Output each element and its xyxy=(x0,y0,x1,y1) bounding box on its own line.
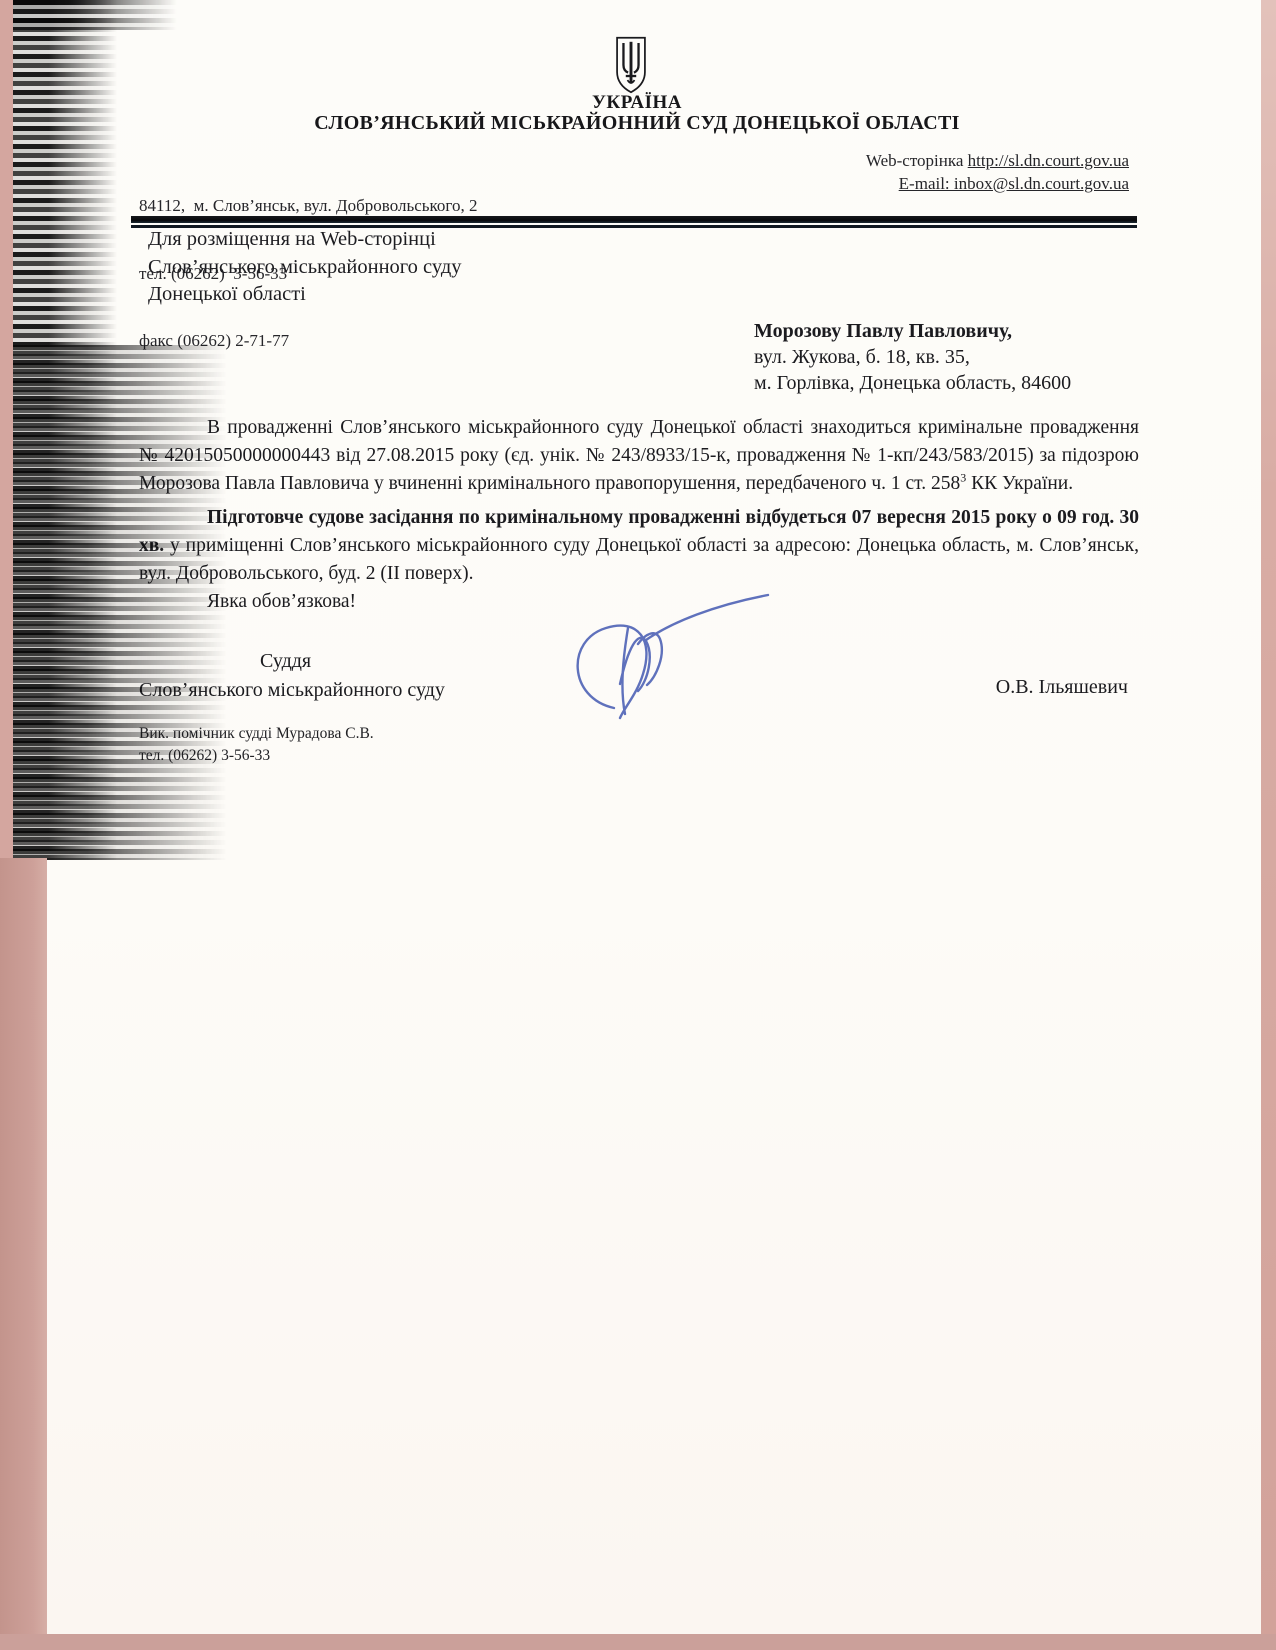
note-line: Для розміщення на Web-сторінці xyxy=(148,226,462,254)
case-paragraph-tail: КК України. xyxy=(966,473,1073,494)
scanner-bg-left-top xyxy=(0,0,13,860)
court-title: СЛОВ’ЯНСЬКИЙ МІСЬКРАЙОННИЙ СУД ДОНЕЦЬКОЇ… xyxy=(12,112,1262,135)
divider-bar-thick xyxy=(131,216,1137,223)
judge-name: О.В. Ільяшевич xyxy=(996,676,1128,699)
scanned-court-letter: УКРАЇНА СЛОВ’ЯНСЬКИЙ МІСЬКРАЙОННИЙ СУД Д… xyxy=(0,0,1276,1650)
hearing-location: у приміщенні Слов’янського міськрайонног… xyxy=(139,535,1139,584)
ukraine-trident-emblem-icon xyxy=(613,36,649,94)
web-label: Web-сторінка xyxy=(866,151,968,170)
court-web-block: Web-сторінка http://sl.dn.court.gov.ua E… xyxy=(866,150,1129,195)
judge-role-line2: Слов’янського міськрайонного суду xyxy=(139,679,445,702)
handwritten-signature-icon xyxy=(550,588,782,730)
country-title: УКРАЇНА xyxy=(12,92,1262,114)
note-line: Слов’янського міськрайонного суду xyxy=(148,254,462,282)
email-line: E-mail: inbox@sl.dn.court.gov.ua xyxy=(866,173,1129,196)
web-url-link: http://sl.dn.court.gov.ua xyxy=(968,151,1129,170)
recipient-street: вул. Жукова, б. 18, кв. 35, xyxy=(754,344,1071,370)
court-address: 84112, м. Слов’янськ, вул. Добровольсько… xyxy=(139,195,477,218)
recipient-city: м. Горлівка, Донецька область, 84600 xyxy=(754,370,1071,396)
scanner-bg-bottom xyxy=(0,1634,1276,1650)
hearing-paragraph: Підготовче судове засідання по криміналь… xyxy=(139,504,1139,588)
executor-line: Вик. помічник судді Мурадова С.В. xyxy=(139,723,374,745)
scanner-bg-left-bottom xyxy=(0,858,47,1650)
recipient-block: Морозову Павлу Павловичу, вул. Жукова, б… xyxy=(754,318,1071,396)
web-posting-note: Для розміщення на Web-сторінці Слов’янсь… xyxy=(148,226,462,309)
letter-paper: УКРАЇНА СЛОВ’ЯНСЬКИЙ МІСЬКРАЙОННИЙ СУД Д… xyxy=(12,0,1262,1638)
executor-phone: тел. (06262) 3-56-33 xyxy=(139,745,374,767)
scanner-bg-right xyxy=(1261,0,1276,1650)
executor-block: Вик. помічник судді Мурадова С.В. тел. (… xyxy=(139,723,374,767)
case-paragraph: В провадженні Слов’янського міськрайонно… xyxy=(139,414,1139,498)
court-fax: факс (06262) 2-71-77 xyxy=(139,330,477,353)
recipient-name: Морозову Павлу Павловичу, xyxy=(754,318,1071,344)
scanner-toner-streaks-top xyxy=(12,0,177,30)
judge-role-line1: Суддя xyxy=(260,650,311,673)
letter-body: В провадженні Слов’янського міськрайонно… xyxy=(139,414,1139,616)
web-line: Web-сторінка http://sl.dn.court.gov.ua xyxy=(866,150,1129,173)
note-line: Донецької області xyxy=(148,281,462,309)
